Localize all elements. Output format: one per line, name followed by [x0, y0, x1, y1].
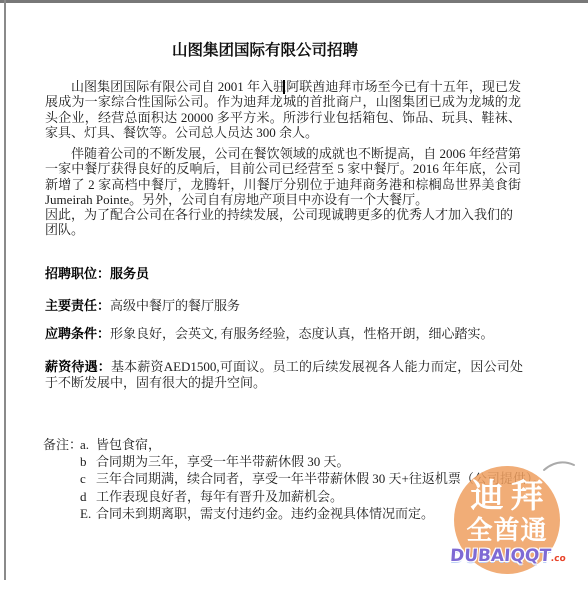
- note-item-e-marker: E.: [80, 505, 96, 522]
- paragraph-hiring-statement: 因此，为了配合公司在各行业的持续发展，公司现诚聘更多的优秀人才加入我们的团队。: [45, 207, 521, 238]
- note-item-d-text: 工作表现良好者，每年有晋升及加薪机会。: [96, 489, 343, 504]
- section-responsibility-value: 高级中餐厅的餐厅服务: [110, 298, 240, 313]
- watermark-text-quanqiutong: 全酋通: [454, 510, 560, 547]
- notes-label: 备注：: [43, 436, 82, 453]
- note-item-b-text: 合同期为三年，享受一年半带薪休假 30 天。: [96, 454, 350, 469]
- note-item-a: a.皆包食宿，: [80, 436, 545, 453]
- section-salary-label: 薪资待遇：: [45, 359, 111, 374]
- note-item-e-text: 合同未到期离职，需支付违约金。违约金视具体情况而定。: [96, 506, 434, 521]
- dubaiqqt-watermark-stamp: 迪拜 全酋通 DUBAIQQT.co: [454, 466, 560, 574]
- page-left-border: [4, 0, 6, 580]
- page-top-border: [0, 0, 588, 3]
- section-requirements-value: 形象良好，会英文, 有服务经验，态度认真，性格开朗，细心踏实。: [110, 326, 494, 341]
- section-position-label: 招聘职位：: [45, 266, 110, 281]
- section-salary: 薪资待遇：基本薪资AED1500,可面议。员工的后续发展视各人能力而定，因公司处…: [45, 359, 523, 391]
- note-item-a-text: 皆包食宿，: [96, 437, 161, 452]
- section-salary-value: 基本薪资AED1500,可面议。员工的后续发展视各人能力而定，因公司处于不断发展…: [45, 359, 523, 390]
- section-requirements: 应聘条件：形象良好，会英文, 有服务经验，态度认真，性格开朗，细心踏实。: [45, 326, 523, 342]
- note-item-c-marker: c: [80, 470, 96, 487]
- note-item-a-marker: a.: [80, 436, 96, 453]
- section-responsibility-label: 主要责任：: [45, 298, 110, 313]
- note-item-b-marker: b: [80, 453, 96, 470]
- section-position-value: 服务员: [110, 266, 149, 281]
- watermark-domain-suffix: .co: [550, 554, 566, 564]
- text-cursor[interactable]: [283, 80, 285, 94]
- watermark-domain-main: DUBAIQQT: [449, 546, 551, 566]
- section-requirements-label: 应聘条件：: [45, 326, 110, 341]
- watermark-domain-text: DUBAIQQT.co: [440, 546, 575, 566]
- note-item-d-marker: d: [80, 488, 96, 505]
- section-responsibility: 主要责任：高级中餐厅的餐厅服务: [45, 298, 523, 314]
- section-position: 招聘职位：服务员: [45, 266, 523, 282]
- paragraph-restaurant-history: 伴随着公司的不断发展，公司在餐饮领域的成就也不断提高，自 2006 年经营第一家…: [45, 146, 521, 208]
- document-title: 山图集团国际有限公司招聘: [45, 38, 485, 60]
